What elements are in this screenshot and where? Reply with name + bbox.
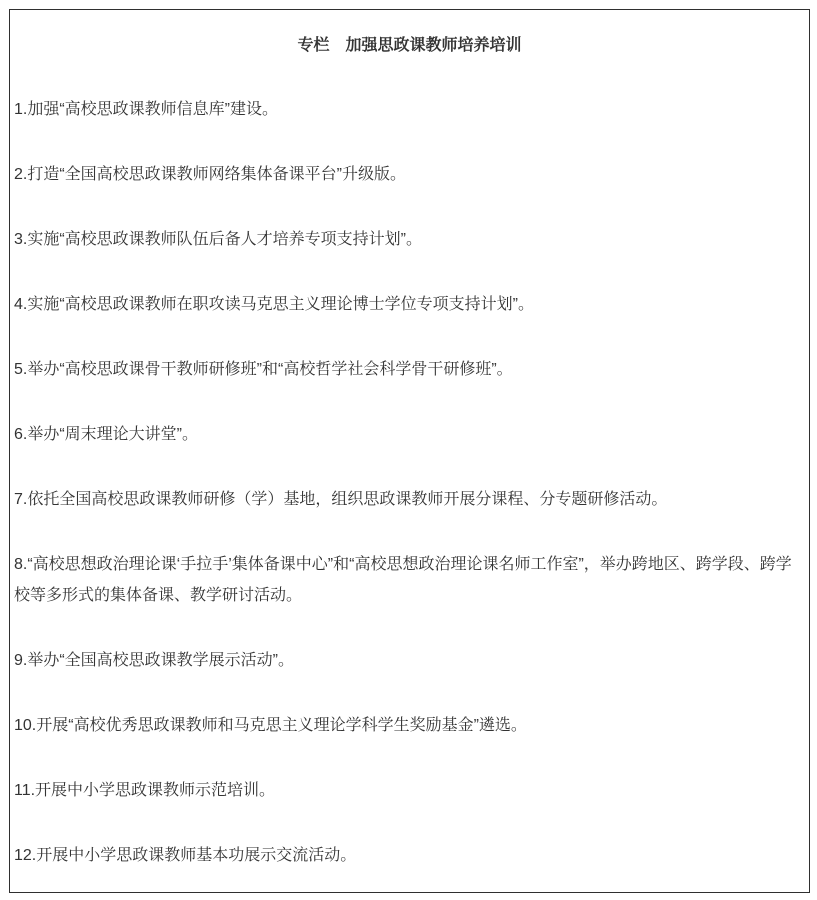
- list-item-5: 5.举办“高校思政课骨干教师研修班”和“高校哲学社会科学骨干研修班”。: [14, 354, 805, 385]
- list-item-10: 10.开展“高校优秀思政课教师和马克思主义理论学科学生奖励基金”遴选。: [14, 710, 805, 741]
- column-box: 专栏 加强思政课教师培养培训 1.加强“高校思政课教师信息库”建设。 2.打造“…: [9, 9, 810, 893]
- list-item-11: 11.开展中小学思政课教师示范培训。: [14, 775, 805, 806]
- list-item-3: 3.实施“高校思政课教师队伍后备人才培养专项支持计划”。: [14, 224, 805, 255]
- list-item-12: 12.开展中小学思政课教师基本功展示交流活动。: [14, 840, 805, 871]
- list-item-9: 9.举办“全国高校思政课教学展示活动”。: [14, 645, 805, 676]
- list-item-7: 7.依托全国高校思政课教师研修（学）基地，组织思政课教师开展分课程、分专题研修活…: [14, 484, 805, 515]
- list-item-2: 2.打造“全国高校思政课教师网络集体备课平台”升级版。: [14, 159, 805, 190]
- list-item-8: 8.“高校思想政治理论课‘手拉手’集体备课中心”和“高校思想政治理论课名师工作室…: [14, 549, 805, 611]
- list-item-1: 1.加强“高校思政课教师信息库”建设。: [14, 94, 805, 125]
- list-item-6: 6.举办“周末理论大讲堂”。: [14, 419, 805, 450]
- list-item-4: 4.实施“高校思政课教师在职攻读马克思主义理论博士学位专项支持计划”。: [14, 289, 805, 320]
- column-title: 专栏 加强思政课教师培养培训: [14, 36, 805, 56]
